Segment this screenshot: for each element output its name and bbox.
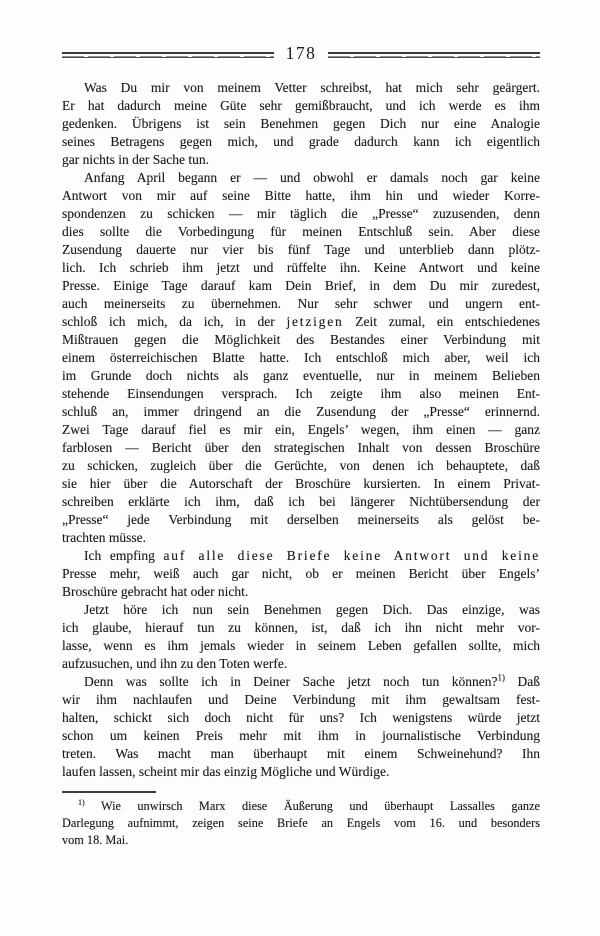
text-line: aufzusuchen, und ihn zu den Toten werfe. (62, 655, 540, 673)
footnote-marker: 1) (78, 798, 85, 807)
text-line: einem österreichischen Blatte hatte. Ich… (62, 349, 540, 367)
text-segment: wir ihm nachlaufen und Deine Verbindung … (62, 692, 540, 707)
text-line: treten. Was macht man überhaupt mit eine… (62, 745, 540, 763)
text-line: Broschüre gebracht hat oder nicht. (62, 583, 540, 601)
text-line: stehende Einsendungen versprach. Ich zei… (62, 385, 540, 403)
text-segment: Antwort von mir auf seine Bitte hatte, i… (62, 188, 540, 203)
text-line: Was Du mir von meinem Vetter schreibst, … (62, 79, 540, 97)
text-segment: Zusendung dauerte nur vier bis fünf Tage… (62, 242, 540, 257)
text-line: gar nichts in der Sache tun. (62, 151, 540, 169)
text-segment: Darlegung aufnimmt, zeigen seine Briefe … (62, 816, 540, 830)
text-line: vom 18. Mai. (62, 832, 540, 849)
text-segment: einem österreichischen Blatte hatte. Ich… (62, 350, 540, 365)
text-line: wir ihm nachlaufen und Deine Verbindung … (62, 691, 540, 709)
text-segment: ich glaube, hierauf tun zu können, ist, … (62, 620, 540, 635)
text-line: seines Betragens gegen mich, und grade d… (62, 133, 540, 151)
paragraph: Jetzt höre ich nun sein Benehmen gegen D… (62, 601, 540, 673)
page-number: 178 (274, 43, 329, 64)
text-line: Denn was sollte ich in Deiner Sache jetz… (62, 673, 540, 691)
text-line: halten, schickt sich doch nicht für uns?… (62, 709, 540, 727)
emphasized-text: jetzigen (286, 314, 343, 329)
paragraph: Was Du mir von meinem Vetter schreibst, … (62, 79, 540, 169)
footnote: 1) Wie unwirsch Marx diese Äußerung und … (62, 798, 540, 849)
text-segment: Ich empfing (84, 548, 163, 563)
text-line: im Grunde doch nichts als ganz eventuell… (62, 367, 540, 385)
text-segment: Was Du mir von meinem Vetter schreibst, … (84, 80, 540, 95)
text-line: Antwort von mir auf seine Bitte hatte, i… (62, 187, 540, 205)
footnote-separator (62, 791, 156, 793)
text-line: lich. Ich schrieb ihm jetzt und rüffelte… (62, 259, 540, 277)
text-segment: farblosen — Bericht über den strategisch… (62, 440, 540, 455)
text-line: schluß an, immer dringend an die Zusendu… (62, 403, 540, 421)
text-segment: Denn was sollte ich in Deiner Sache jetz… (84, 674, 498, 689)
text-segment: Presse. Einige Tage darauf kam Dein Brie… (62, 278, 540, 293)
text-line: schreiben erklärte ich ihm, daß ich bei … (62, 493, 540, 511)
text-segment: im Grunde doch nichts als ganz eventuell… (62, 368, 540, 383)
header-rule-left (62, 52, 274, 58)
text-segment: vom 18. Mai. (62, 833, 128, 847)
text-line: Zwei Tage darauf fiel es mir ein, Engels… (62, 421, 540, 439)
text-line: Mißtrauen gegen die Möglichkeit des Best… (62, 331, 540, 349)
text-line: Er hat dadurch meine Güte sehr gemißbrau… (62, 97, 540, 115)
text-segment: lasse, wenn es ihm jemals wieder in sein… (62, 638, 540, 653)
text-line: dies sollte die Vorbedingung für meinen … (62, 223, 540, 241)
text-segment: aufzusuchen, und ihn zu den Toten werfe. (62, 656, 287, 671)
paragraph: Ich empfing auf alle diese Briefe keine … (62, 547, 540, 601)
text-segment: treten. Was macht man überhaupt mit eine… (62, 746, 540, 761)
text-line: laufen lassen, scheint mir das einzig Mö… (62, 763, 540, 781)
text-segment: spondenzen zu schicken — mir täglich die… (62, 206, 540, 221)
text-segment: Wie unwirsch Marx diese Äußerung und übe… (85, 799, 540, 813)
text-segment: gar nichts in der Sache tun. (62, 152, 209, 167)
book-page: 178 Was Du mir von meinem Vetter schreib… (0, 0, 600, 936)
text-line: Ich empfing auf alle diese Briefe keine … (62, 547, 540, 565)
text-line: schloß ich mich, da ich, in der jetzigen… (62, 313, 540, 331)
text-segment: schreiben erklärte ich ihm, daß ich bei … (62, 494, 540, 509)
text-line: schon um keinen Preis mehr mit ihm in jo… (62, 727, 540, 745)
body-text: Was Du mir von meinem Vetter schreibst, … (62, 79, 540, 781)
text-line: Anfang April begann er — und obwohl er d… (62, 169, 540, 187)
text-segment: trachten müsse. (62, 530, 146, 545)
text-line: trachten müsse. (62, 529, 540, 547)
paragraph: 1) Wie unwirsch Marx diese Äußerung und … (62, 798, 540, 849)
text-segment: gedenken. Übrigens ist sein Benehmen geg… (62, 116, 540, 131)
text-line: gedenken. Übrigens ist sein Benehmen geg… (62, 115, 540, 133)
text-segment: Mißtrauen gegen die Möglichkeit des Best… (62, 332, 540, 347)
text-segment: Presse mehr, weiß auch gar nicht, ob er … (62, 566, 540, 581)
text-segment: „Presse“ jede Verbindung mit derselben m… (62, 512, 540, 527)
text-line: spondenzen zu schicken — mir täglich die… (62, 205, 540, 223)
text-line: Presse mehr, weiß auch gar nicht, ob er … (62, 565, 540, 583)
text-segment: dies sollte die Vorbedingung für meinen … (62, 224, 540, 239)
text-segment: schon um keinen Preis mehr mit ihm in jo… (62, 728, 540, 743)
text-line: sie hier über die Autorschaft der Brosch… (62, 475, 540, 493)
text-segment: Zwei Tage darauf fiel es mir ein, Engels… (62, 422, 540, 437)
text-line: auch meinerseits zu übernehmen. Nur sehr… (62, 295, 540, 313)
text-line: zu schicken, zugleich über die Gerüchte,… (62, 457, 540, 475)
text-segment: lich. Ich schrieb ihm jetzt und rüffelte… (62, 260, 540, 275)
text-segment: Daß (505, 674, 540, 689)
text-segment: zu schicken, zugleich über die Gerüchte,… (62, 458, 540, 473)
text-segment: schluß an, immer dringend an die Zusendu… (62, 404, 540, 419)
text-line: 1) Wie unwirsch Marx diese Äußerung und … (62, 798, 540, 815)
text-segment: halten, schickt sich doch nicht für uns?… (62, 710, 540, 725)
text-segment: Broschüre gebracht hat oder nicht. (62, 584, 248, 599)
text-segment: stehende Einsendungen versprach. Ich zei… (62, 386, 540, 401)
text-segment: auch meinerseits zu übernehmen. Nur sehr… (62, 296, 540, 311)
text-segment: Er hat dadurch meine Güte sehr gemißbrau… (62, 98, 540, 113)
page-header: 178 (62, 44, 540, 65)
text-line: Presse. Einige Tage darauf kam Dein Brie… (62, 277, 540, 295)
text-segment: laufen lassen, scheint mir das einzig Mö… (62, 764, 389, 779)
text-line: „Presse“ jede Verbindung mit derselben m… (62, 511, 540, 529)
text-segment: sie hier über die Autorschaft der Brosch… (62, 476, 540, 491)
text-segment: Zeit zumal, ein entschiedenes (344, 314, 540, 329)
emphasized-text: auf alle diese Briefe keine Antwort und … (163, 548, 540, 563)
header-rule-right (328, 52, 540, 58)
text-line: lasse, wenn es ihm jemals wieder in sein… (62, 637, 540, 655)
text-segment: Anfang April begann er — und obwohl er d… (84, 170, 540, 185)
paragraph: Denn was sollte ich in Deiner Sache jetz… (62, 673, 540, 781)
text-segment: schloß ich mich, da ich, in der (62, 314, 286, 329)
text-line: farblosen — Bericht über den strategisch… (62, 439, 540, 457)
text-line: Darlegung aufnimmt, zeigen seine Briefe … (62, 815, 540, 832)
text-line: ich glaube, hierauf tun zu können, ist, … (62, 619, 540, 637)
text-line: Zusendung dauerte nur vier bis fünf Tage… (62, 241, 540, 259)
paragraph: Anfang April begann er — und obwohl er d… (62, 169, 540, 547)
footnote-marker: 1) (498, 673, 505, 683)
text-segment: Jetzt höre ich nun sein Benehmen gegen D… (84, 602, 540, 617)
text-segment: seines Betragens gegen mich, und grade d… (62, 134, 540, 149)
text-line: Jetzt höre ich nun sein Benehmen gegen D… (62, 601, 540, 619)
